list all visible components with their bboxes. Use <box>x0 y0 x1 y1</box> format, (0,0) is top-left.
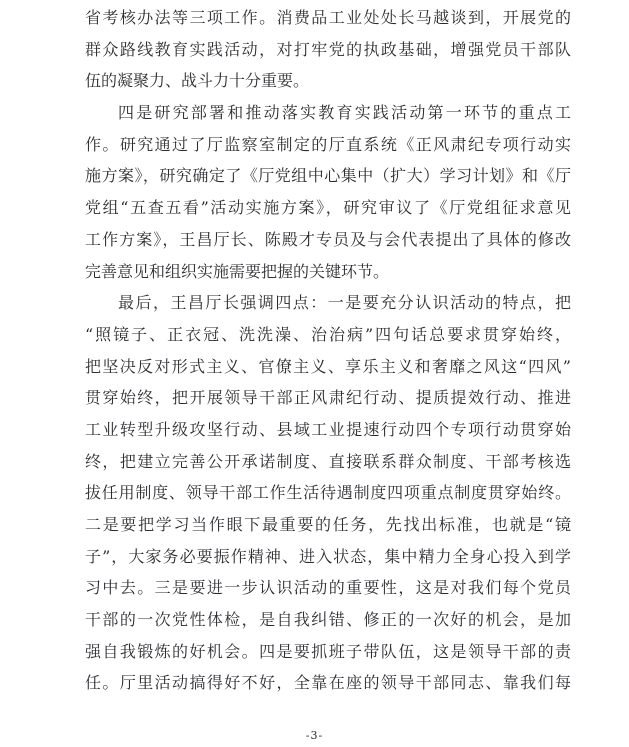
page-number: -3- <box>0 729 629 742</box>
paragraph: 省考核办法等三项工作。消费品工业处处长马越谈到，开展党的群众路线教育实践活动，对… <box>85 2 571 97</box>
text-line: 拔任用制度、领导干部工作生活待遇制度四项重点制度贯穿始终。 <box>85 477 571 509</box>
text-line: 终，把建立完善公开承诺制度、直接联系群众制度、干部考核选 <box>85 446 571 478</box>
text-line: 党组“五查五看”活动实施方案》，研究审议了《厅党组征求意见 <box>85 192 571 224</box>
text-line: 把坚决反对形式主义、官僚主义、享乐主义和奢靡之风这“四风” <box>85 351 571 383</box>
paragraph: 最后，王昌厅长强调四点：一是要充分认识活动的特点，把“照镜子、正衣冠、洗洗澡、治… <box>85 287 571 699</box>
text-line: “照镜子、正衣冠、洗洗澡、治治病”四句话总要求贯穿始终， <box>85 319 571 351</box>
text-line: 干部的一次党性体检，是自我纠错、修正的一次好的机会，是加 <box>85 604 571 636</box>
text-line: 四是研究部署和推动落实教育实践活动第一环节的重点工 <box>85 97 571 129</box>
paragraph: 四是研究部署和推动落实教育实践活动第一环节的重点工作。研究通过了厅监察室制定的厅… <box>85 97 571 287</box>
text-line: 子”，大家务必要振作精神、进入状态，集中精力全身心投入到学 <box>85 541 571 573</box>
document-page: 省考核办法等三项工作。消费品工业处处长马越谈到，开展党的群众路线教育实践活动，对… <box>0 0 629 747</box>
text-line: 二是要把学习当作眼下最重要的任务，先找出标准，也就是“镜 <box>85 509 571 541</box>
text-line: 省考核办法等三项工作。消费品工业处处长马越谈到，开展党的 <box>85 2 571 34</box>
text-line: 习中去。三是要进一步认识活动的重要性，这是对我们每个党员 <box>85 572 571 604</box>
text-line: 完善意见和组织实施需要把握的关键环节。 <box>85 256 571 288</box>
text-line: 群众路线教育实践活动，对打牢党的执政基础，增强党员干部队 <box>85 34 571 66</box>
text-line: 作。研究通过了厅监察室制定的厅直系统《正风肃纪专项行动实 <box>85 129 571 161</box>
text-line: 工作方案》，王昌厅长、陈殿才专员及与会代表提出了具体的修改 <box>85 224 571 256</box>
text-line: 任。厅里活动搞得好不好，全靠在座的领导干部同志、靠我们每 <box>85 667 571 699</box>
text-line: 工业转型升级攻坚行动、县域工业提速行动四个专项行动贯穿始 <box>85 414 571 446</box>
text-line: 最后，王昌厅长强调四点：一是要充分认识活动的特点，把 <box>85 287 571 319</box>
text-line: 施方案》，研究确定了《厅党组中心集中（扩大）学习计划》和《厅 <box>85 160 571 192</box>
text-line: 贯穿始终，把开展领导干部正风肃纪行动、提质提效行动、推进 <box>85 382 571 414</box>
text-line: 伍的凝聚力、战斗力十分重要。 <box>85 65 571 97</box>
document-body: 省考核办法等三项工作。消费品工业处处长马越谈到，开展党的群众路线教育实践活动，对… <box>85 2 571 699</box>
text-line: 强自我锻炼的好机会。四是要抓班子带队伍，这是领导干部的责 <box>85 636 571 668</box>
